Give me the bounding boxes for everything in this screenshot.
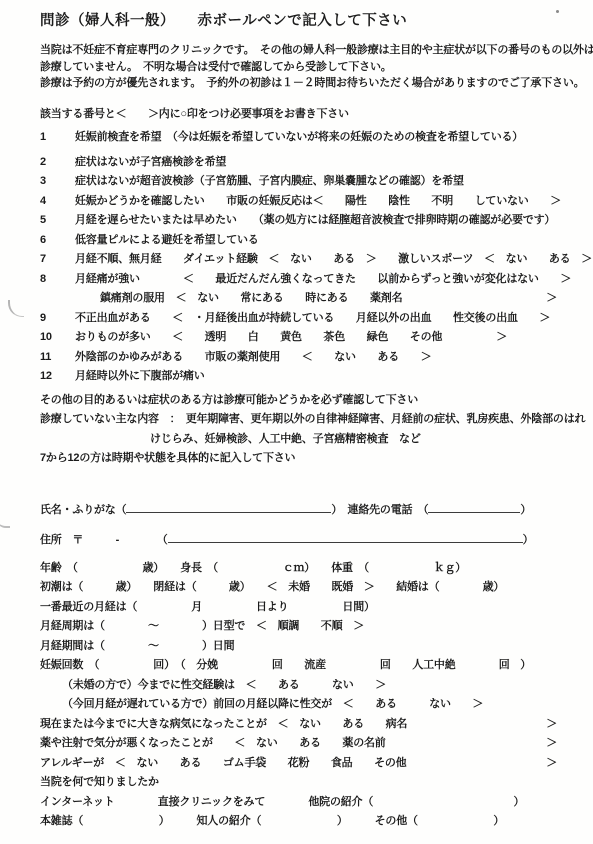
notice-line: 当院は不妊症不育症専門のクリニックです。 その他の婦人科一般診療は主目的や主症状… (40, 42, 587, 59)
item-row-9: 9不正出血がある ＜ ・月経後出血が持続している 月経以外の出血 性交後の出血 … (40, 309, 587, 329)
bracket-close: ＞ (546, 754, 557, 774)
allergy-line: アレルギーが ＜ ない ある ゴム手袋 花粉 食品 その他＞ (40, 754, 587, 774)
allergy-text: アレルギーが ＜ ない ある ゴム手袋 花粉 食品 その他 (40, 757, 406, 769)
item-row-2: 2症状はないが子宮癌検診を希望 (40, 153, 587, 173)
name-field[interactable] (126, 499, 331, 513)
disease-text: 現在または今までに大きな病気になったことが ＜ ない ある 病名 (40, 718, 407, 730)
item-number: 9 (40, 309, 75, 329)
item-row-5: 5月経を遅らせたいまたは早めたい （薬の処方には経膣超音波検査で排卵時期の確認が… (40, 211, 587, 231)
item-number: 2 (40, 153, 75, 173)
item-number: 10 (40, 328, 75, 348)
patient-form: 氏名・ふりがな（） 連絡先の電話 （） 住所 〒 - （） 年齢 （ 歳） 身長… (40, 499, 587, 832)
scan-artifact-curve (0, 512, 10, 528)
item-text: 症状はないが超音波検診（子宮筋腫、子宮内膜症、卵巣嚢腫などの確認）を希望 (75, 175, 464, 187)
item-row-7: 7月経不順、無月経 ダイエット経験 ＜ ない ある ＞ 激しいスポーツ ＜ ない… (40, 250, 587, 270)
item-number: 4 (40, 192, 75, 212)
item-text: 妊娠前検査を希望 （今は妊娠を希望していないが将来の妊娠のための検査を希望してい… (75, 131, 523, 143)
item-text: 低容量ピルによる避妊を希望している (75, 234, 259, 246)
item-row-12: 12月経時以外に下腹部が痛い (40, 367, 587, 387)
recent-period-line: 一番最近の月経は（ 月 日より 日間） (40, 598, 587, 618)
drug-reaction-line: 薬や注射で気分が悪くなったことが ＜ ない ある 薬の名前＞ (40, 734, 587, 754)
circle-instruction: 該当する番号と＜ ＞内に○印をつけ必要事項をお書き下さい (40, 105, 587, 125)
item-number: 5 (40, 211, 75, 231)
notice-line: 診療していません。 不明な場合は受付で確認してから受診して下さい。 (40, 59, 587, 76)
bracket-close: ＞ (546, 289, 557, 309)
item-row-1: 1妊娠前検査を希望 （今は妊娠を希望していないが将来の妊娠のための検査を希望して… (40, 128, 587, 148)
age-height-weight-line: 年齢 （ 歳） 身長 （ ｃｍ） 体重 （ ｋｇ） (40, 559, 587, 579)
item-text: 妊娠かどうかを確認したい 市販の妊娠反応は＜ 陽性 陰性 不明 していない ＞ (75, 195, 561, 207)
item-row-10: 10おりものが多い ＜ 透明 白 黄色 茶色 緑色 その他 ＞ (40, 328, 587, 348)
questionnaire-page: 問診（婦人科一般） 赤ボールペンで記入して下さい 当院は不妊症不育症専門のクリニ… (0, 0, 593, 844)
address-label: 住所 〒 - （ (40, 534, 168, 546)
item-text: おりものが多い ＜ 透明 白 黄色 茶色 緑色 その他 ＞ (75, 331, 507, 343)
bracket-close: ＞ (546, 734, 557, 754)
page-title: 問診（婦人科一般） (40, 13, 175, 29)
item-text: 月経時以外に下腹部が痛い (75, 370, 205, 382)
name-label: 氏名・ふりがな（ (40, 504, 126, 516)
disease-line: 現在または今までに大きな病気になったことが ＜ ない ある 病名＞ (40, 715, 587, 735)
item-number: 7 (40, 250, 75, 270)
item-text: 鎮痛剤の服用 ＜ ない 常にある 時にある 薬剤名 (100, 292, 402, 304)
item-row-4: 4妊娠かどうかを確認したい 市販の妊娠反応は＜ 陽性 陰性 不明 していない ＞ (40, 192, 587, 212)
not-treated-list: 診療していない主な内容 ： 更年期障害、更年期以外の自律神経障害、月経前の症状、… (40, 410, 587, 430)
item-number: 11 (40, 348, 75, 368)
unmarried-line: （未婚の方で）今までに性交経験は ＜ ある ない ＞ (40, 676, 587, 696)
notice-line: 診療は予約の方が優先されます。 予約外の初診は１－２時間お待ちいただく場合があり… (40, 75, 587, 92)
item-text: 月経痛が強い ＜ 最近だんだん強くなってきた 以前からずっと強いが変化はない ＞ (75, 273, 571, 285)
item-row-3: 3症状はないが超音波検診（子宮筋腫、子宮内膜症、卵巣嚢腫などの確認）を希望 (40, 172, 587, 192)
item-number: 3 (40, 172, 75, 192)
item-text: 症状はないが子宮癌検診を希望 (75, 156, 226, 168)
item-row-8-sub: 鎮痛剤の服用 ＜ ない 常にある 時にある 薬剤名＞ (40, 289, 587, 309)
questionnaire-items: 1妊娠前検査を希望 （今は妊娠を希望していないが将来の妊娠のための検査を希望して… (40, 128, 587, 387)
late-period-line: （今回月経が遅れている方で）前回の月経以降に性交が ＜ ある ない ＞ (40, 695, 587, 715)
cycle-line: 月経周期は（ ～ ）日型で ＜ 順調 不順 ＞ (40, 617, 587, 637)
page-title-line: 問診（婦人科一般） 赤ボールペンで記入して下さい (40, 10, 587, 32)
how-known-line: 当院を何で知りましたか (40, 773, 587, 793)
item-text: 月経不順、無月経 ダイエット経験 ＜ ない ある ＞ 激しいスポーツ ＜ ない … (75, 253, 592, 265)
untreated-notes: その他の目的あるいは症状のある方は診療可能かどうかを必ず確認して下さい 診療して… (40, 391, 587, 469)
item-text: 不正出血がある ＜ ・月経後出血が持続している 月経以外の出血 性交後の出血 ＞ (75, 312, 550, 324)
item-text: 外陰部のかゆみがある 市販の薬剤使用 ＜ ない ある ＞ (75, 351, 431, 363)
referral-source-line-2: 本雑誌（ ） 知人の紹介（ ） その他（ ） (40, 812, 587, 832)
address-field[interactable] (168, 529, 523, 543)
scan-artifact-curve (8, 300, 24, 317)
period-length-line: 月経期間は（ ～ ）日間 (40, 637, 587, 657)
item-number: 6 (40, 231, 75, 251)
drug-text: 薬や注射で気分が悪くなったことが ＜ ない ある 薬の名前 (40, 737, 386, 749)
detail-instruction: 7から12の方は時期や状態を具体的に記入して下さい (40, 449, 587, 469)
not-treated-list-cont: けじらみ、妊婦検診、人工中絶、子宮癌精密検査 など (40, 430, 587, 450)
item-row-6: 6低容量ピルによる避妊を希望している (40, 231, 587, 251)
phone-field[interactable] (428, 499, 520, 513)
phone-label: 連絡先の電話 （ (337, 504, 429, 516)
item-number: 1 (40, 128, 75, 148)
item-number: 12 (40, 367, 75, 387)
pen-instruction: 赤ボールペンで記入して下さい (198, 13, 408, 29)
referral-source-line-1: インターネット 直接クリニックをみて 他院の紹介（ ） (40, 793, 587, 813)
item-number: 8 (40, 270, 75, 290)
clinic-notice: 当院は不妊症不育症専門のクリニックです。 その他の婦人科一般診療は主目的や主症状… (40, 42, 587, 92)
address-line: 住所 〒 - （） (40, 529, 587, 549)
item-row-8: 8月経痛が強い ＜ 最近だんだん強くなってきた 以前からずっと強いが変化はない … (40, 270, 587, 290)
confirm-note: その他の目的あるいは症状のある方は診療可能かどうかを必ず確認して下さい (40, 391, 587, 411)
menarche-marriage-line: 初潮は（ 歳） 閉経は（ 歳） ＜ 未婚 既婚 ＞ 結婚は（ 歳） (40, 578, 587, 598)
item-text: 月経を遅らせたいまたは早めたい （薬の処方には経膣超音波検査で排卵時期の確認が必… (75, 214, 555, 226)
paren-close: ） (523, 534, 534, 546)
pregnancy-count-line: 妊娠回数 （ 回） （ 分娩 回 流産 回 人工中絶 回 ） (40, 656, 587, 676)
paren-close: ） (520, 504, 531, 516)
name-phone-line: 氏名・ふりがな（） 連絡先の電話 （） (40, 499, 587, 519)
item-row-11: 11外陰部のかゆみがある 市販の薬剤使用 ＜ ない ある ＞ (40, 348, 587, 368)
bracket-close: ＞ (546, 715, 557, 735)
